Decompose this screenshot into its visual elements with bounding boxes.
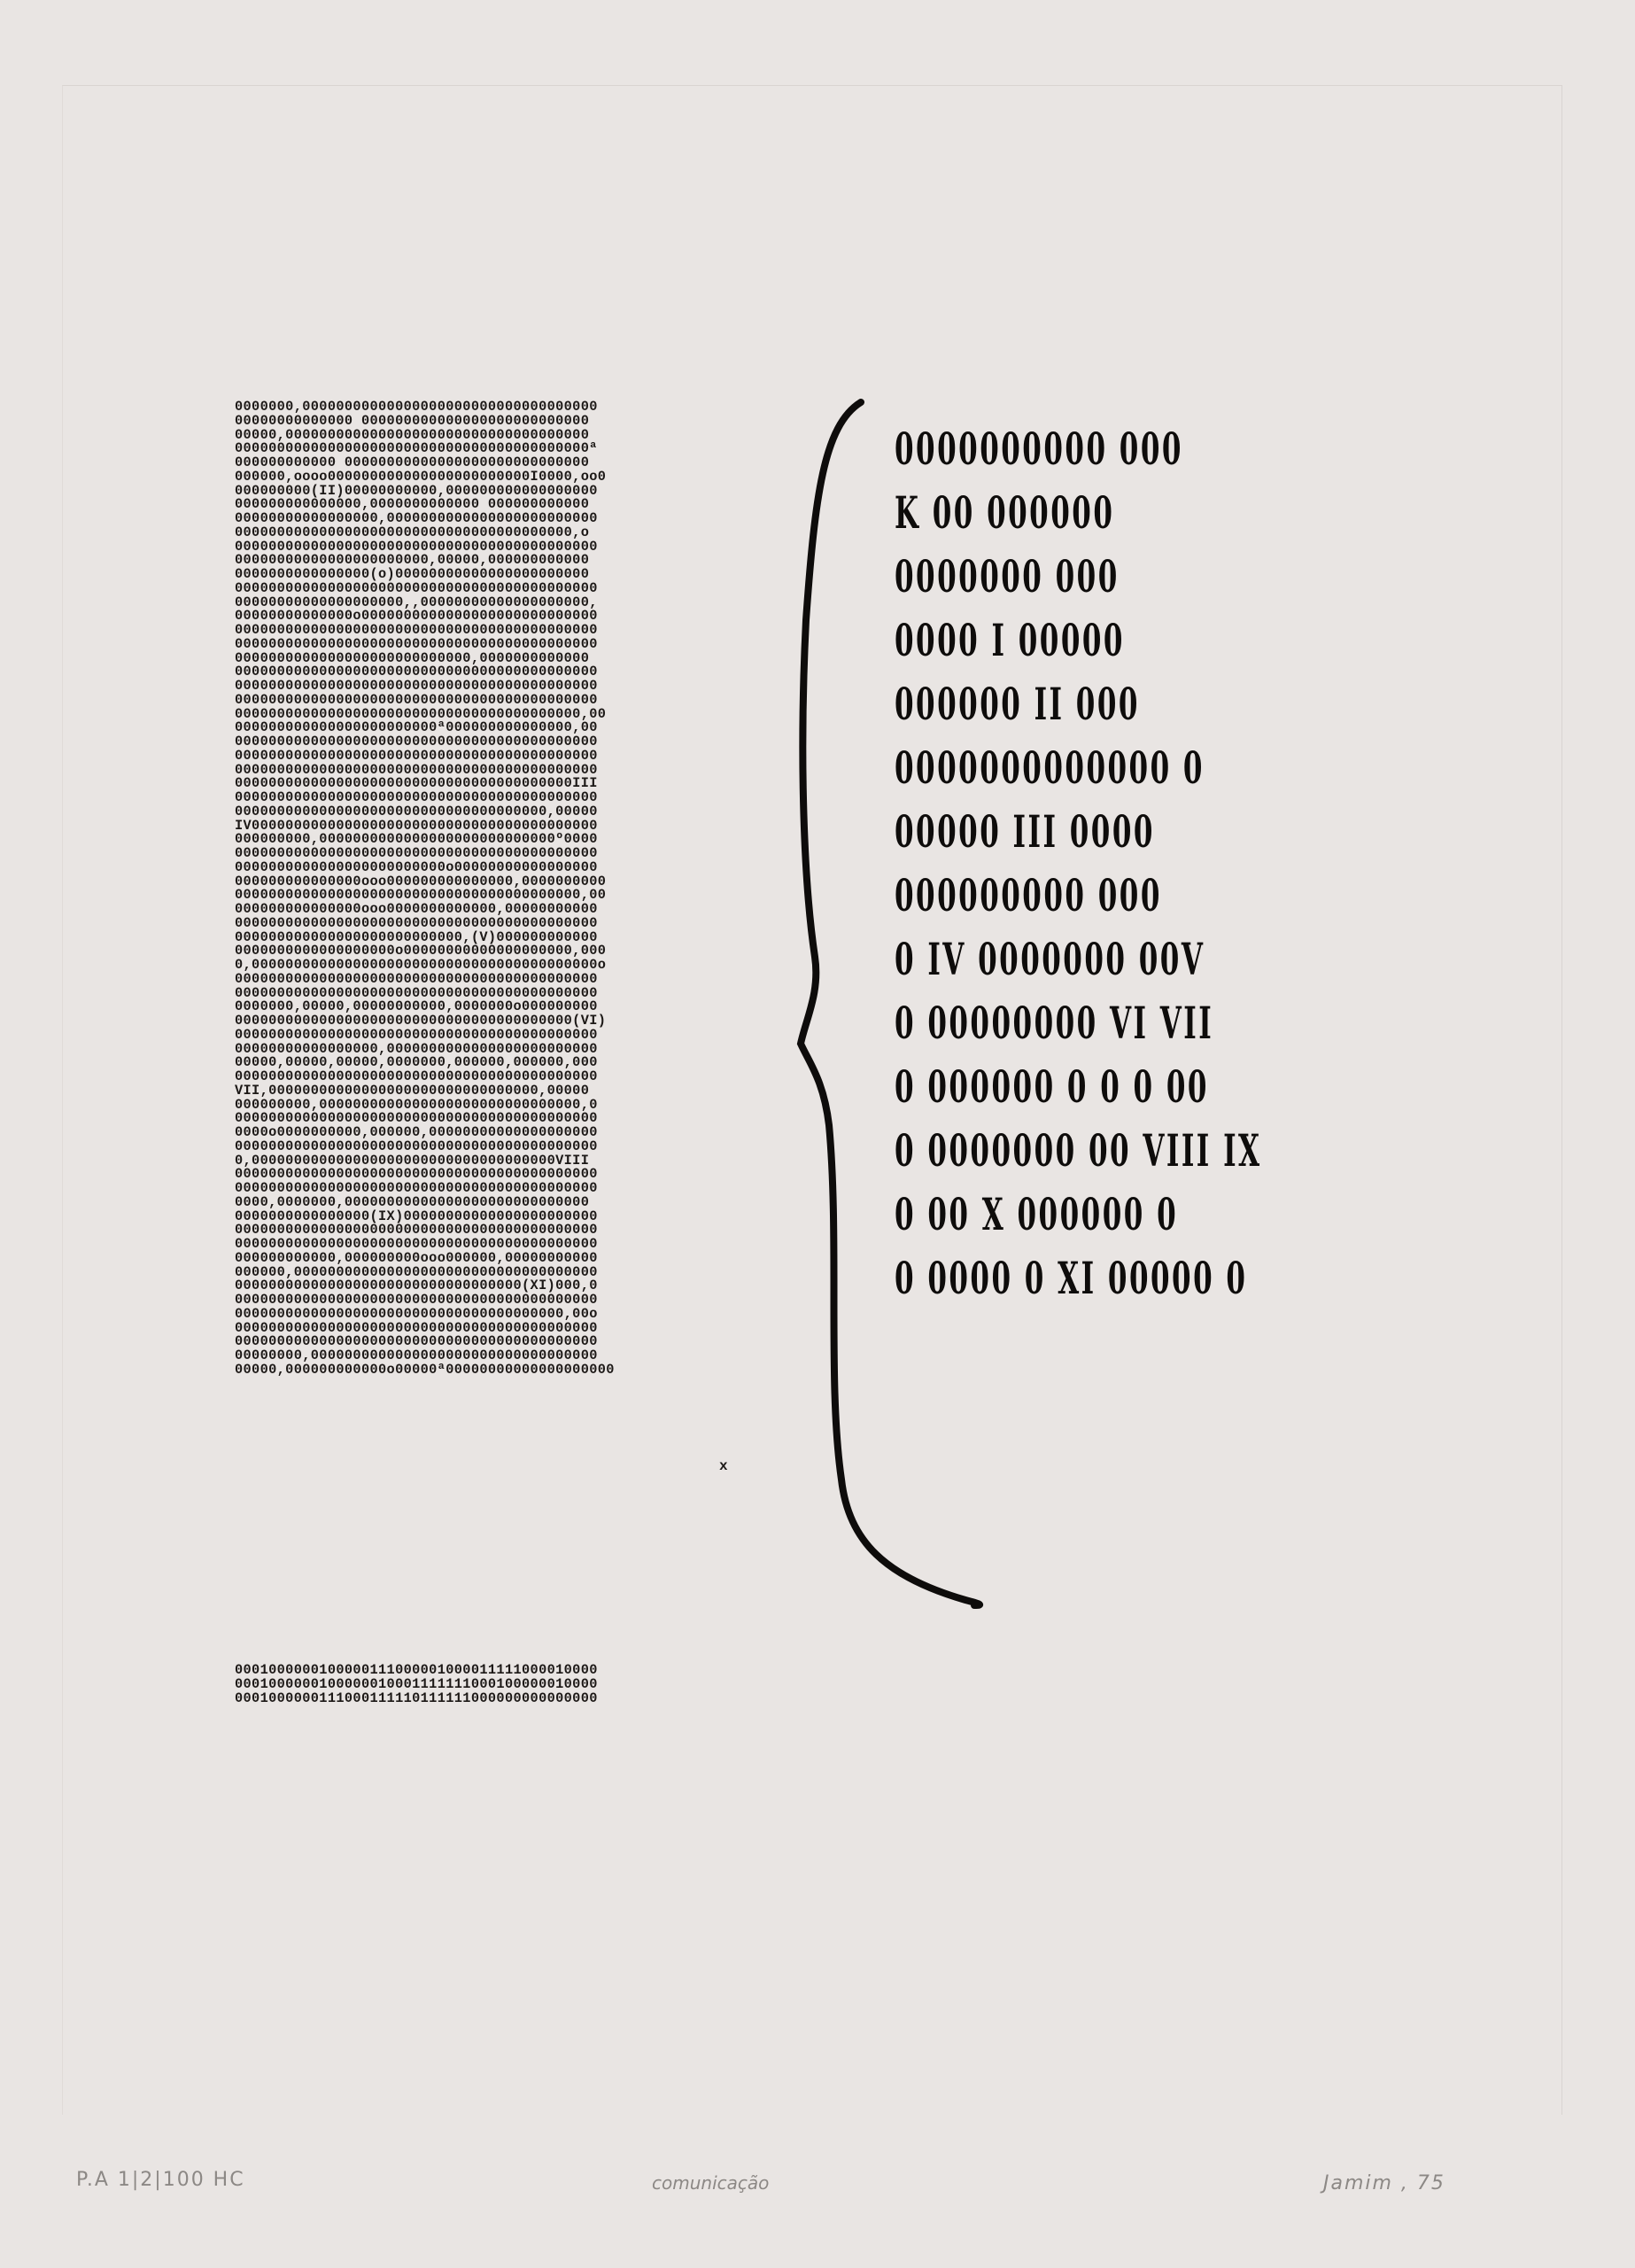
typewritten-binary-lines: 0001000000100000111000001000011111000010… xyxy=(235,1664,598,1705)
handwritten-numeral-list: 0000000000 000K 00 0000000000000 0000000… xyxy=(895,416,1444,1309)
handwritten-row-text: 0 0000 0 XI 00000 0 xyxy=(895,1252,1247,1304)
margin-x-mark: x xyxy=(719,1458,728,1474)
edition-number: P.A 1|2|100 HC xyxy=(76,2169,245,2191)
typewritten-zero-grid: 0000000,00000000000000000000000000000000… xyxy=(235,400,615,1378)
handwritten-row: 0000000 000 xyxy=(895,544,1444,608)
handwritten-row: 0 00 X 000000 0 xyxy=(895,1182,1444,1246)
handwritten-row: 0 000000 0 0 0 00 xyxy=(895,1054,1444,1118)
handwritten-row: 0000 I 00000 xyxy=(895,608,1444,672)
handwritten-row: 00000 III 0000 xyxy=(895,799,1444,863)
handwritten-row: 000000 II 000 xyxy=(895,672,1444,735)
handwritten-row: K 00 000000 xyxy=(895,480,1444,544)
handwritten-row-text: 0 0000000 00 VIII IX xyxy=(895,1124,1262,1177)
handwritten-row: 000000000 000 xyxy=(895,863,1444,927)
handwritten-row-text: 000000 II 000 xyxy=(895,678,1140,730)
handwritten-row-text: 0000 I 00000 xyxy=(895,614,1125,666)
handwritten-row-text: 0 00 X 000000 0 xyxy=(895,1188,1178,1240)
handwritten-row-text: 0 000000 0 0 0 00 xyxy=(895,1060,1209,1113)
handwritten-row: 0 0000000 00 VIII IX xyxy=(895,1118,1444,1182)
handwritten-row-text: 0000000000000 0 xyxy=(895,742,1205,794)
artist-signature: Jamim , 75 xyxy=(1323,2172,1445,2194)
handwritten-row: 0000000000000 0 xyxy=(895,735,1444,799)
handwritten-row-text: 00000 III 0000 xyxy=(895,805,1155,858)
handwritten-row: 0 00000000 VI VII xyxy=(895,990,1444,1054)
handwritten-row: 0 IV 0000000 00V xyxy=(895,927,1444,990)
handwritten-row-text: 0 00000000 VI VII xyxy=(895,997,1213,1049)
handwritten-row-text: 000000000 000 xyxy=(895,869,1162,921)
handwritten-row-text: 0000000000 000 xyxy=(895,423,1183,475)
handwritten-row-text: K 00 000000 xyxy=(895,486,1114,539)
handwritten-row: 0000000000 000 xyxy=(895,416,1444,480)
handwritten-row-text: 0 IV 0000000 00V xyxy=(895,933,1205,985)
handwritten-row-text: 0000000 000 xyxy=(895,550,1120,602)
handwritten-row: 0 0000 0 XI 00000 0 xyxy=(895,1246,1444,1309)
artwork-title: comunicação xyxy=(652,2172,769,2194)
